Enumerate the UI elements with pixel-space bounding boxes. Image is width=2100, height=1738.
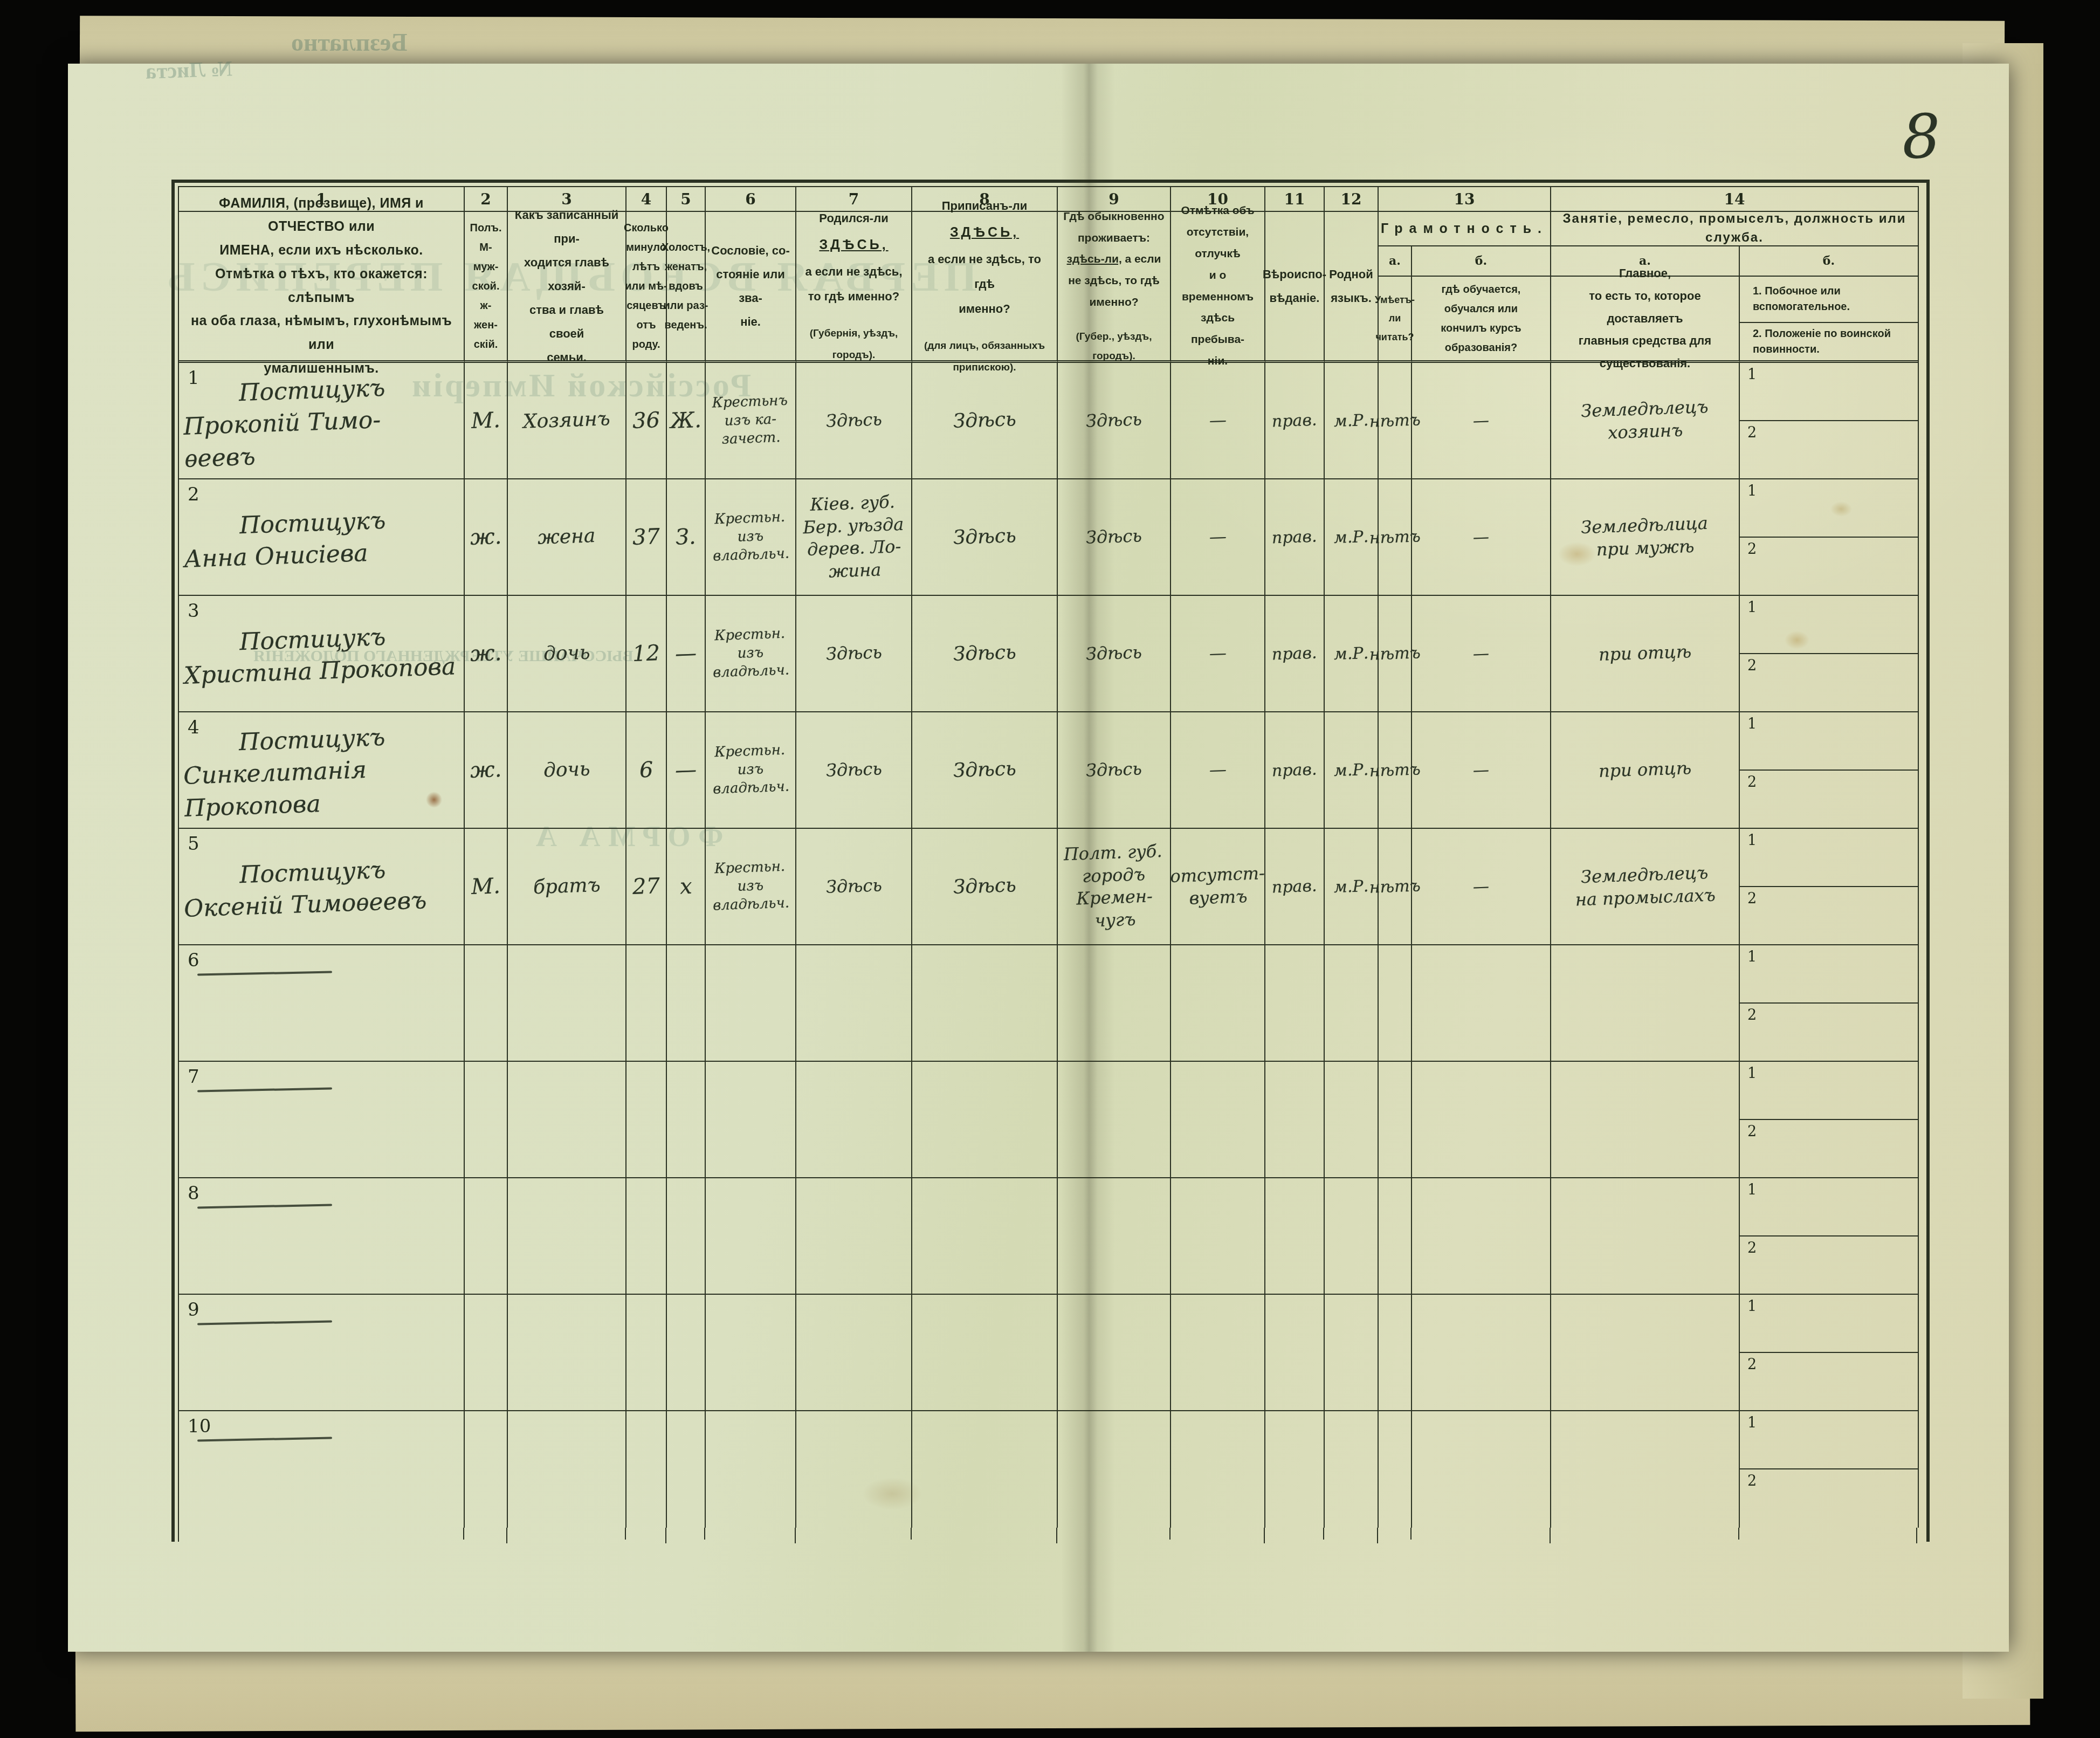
header-text: а если не здѣсь, то гдѣ именно? [805, 259, 902, 309]
row-2-absence: — [1171, 479, 1265, 596]
page-number: 8 [1901, 98, 1941, 177]
row-8-sex [465, 1178, 508, 1295]
row-10-side-occupation-1: 1 [1740, 1411, 1918, 1469]
column-line-tail [665, 1528, 666, 1543]
header-text: Родился-ли [819, 211, 888, 225]
marital-entry: Ж. [670, 406, 701, 435]
row-8-side-occupation-2: 2 [1740, 1236, 1918, 1295]
row-7-relation [508, 1062, 626, 1178]
row-9-estate [706, 1295, 796, 1411]
row-7-marital [667, 1062, 706, 1178]
row-7-age [626, 1062, 667, 1178]
col-header-military: 2. Положеніе по воинской повинности. [1740, 323, 1918, 363]
row-6-religion [1265, 945, 1325, 1062]
sub-row-label: 1 [1740, 712, 1757, 732]
row-7-absence [1171, 1062, 1265, 1178]
scanned-census-page: Безплатно№ ЛистаПЕРВАЯ ВСЕОБЩАЯ ПЕРЕПИСЬ… [0, 0, 2100, 1738]
name-entry: Постицукъ Оксеній Тимоѳеевъ [170, 848, 472, 925]
col-number-6: 6 [706, 187, 796, 212]
row-3-sex: ж. [465, 596, 508, 712]
relation-entry: Хозяинъ [522, 407, 610, 435]
row-9-reads [1379, 1295, 1412, 1411]
row-4-age: 6 [626, 712, 667, 829]
row-2-side-occupation-2: 2 [1740, 538, 1918, 596]
row-9-side-occupation-2: 2 [1740, 1353, 1918, 1411]
col-header-registration: Приписанъ-ли ЗДѢСЬ, а если не здѣсь, то … [912, 212, 1058, 363]
sub-row-label: 2 [1740, 1236, 1757, 1256]
row-6-side-occupation-2: 2 [1740, 1004, 1918, 1062]
row-8-born [796, 1178, 912, 1295]
sex-entry: ж. [470, 523, 502, 552]
estate-entry: Крестьн. изъ владѣльч. [711, 741, 789, 799]
educated-entry: — [1472, 410, 1489, 431]
bleedthrough-text: Безплатно [291, 28, 408, 57]
col-header-occupation-side: 1. Побочное или вспомогательное. [1740, 277, 1918, 323]
educated-entry: — [1472, 759, 1489, 781]
column-line-tail [704, 1528, 705, 1540]
religion-entry: прав. [1272, 642, 1318, 665]
row-10-language [1325, 1411, 1379, 1528]
age-entry: 27 [632, 872, 660, 901]
pen-strike [197, 1320, 332, 1325]
row-number: 2 [188, 484, 199, 505]
col-number-14: 14 [1551, 187, 1918, 212]
row-2-resides: Здѣсь [1058, 479, 1171, 596]
row-6-reads [1379, 945, 1412, 1062]
header-note: (Губернія, уѣздъ, городъ). [801, 323, 907, 366]
row-6-registered [912, 945, 1058, 1062]
sex-entry: М. [471, 872, 500, 901]
marital-entry: — [674, 639, 697, 668]
religion-entry: прав. [1272, 409, 1318, 432]
row-5-educated: — [1412, 829, 1551, 945]
row-1-registered: Здѣсь [912, 363, 1058, 479]
resides-entry: Полт. губ. городъ Кремен- чугъ [1063, 840, 1165, 933]
row-9-relation [508, 1295, 626, 1411]
row-8-estate [706, 1178, 796, 1295]
col-header-reads: Умѣетъ- ли читать? [1379, 277, 1412, 363]
religion-entry: прав. [1272, 759, 1318, 781]
col-header-estate: Сословіе, со- стояніе или зва- ніе. [706, 212, 796, 363]
row-6-educated [1412, 945, 1551, 1062]
census-table: 1 2 3 4 5 6 7 8 9 10 11 12 13 14 ФАМИЛІЯ… [178, 186, 1919, 1528]
name-entry [171, 996, 471, 1009]
sub-row-label: 2 [1740, 771, 1757, 791]
header-text: а если не здѣсь, то гдѣ именно? [917, 247, 1052, 322]
language-entry: м.Р. [1333, 526, 1368, 548]
row-number: 3 [188, 600, 199, 622]
col-number-4: 4 [626, 187, 667, 212]
resides-entry: Здѣсь [1085, 525, 1142, 549]
column-line-tail [1377, 1528, 1378, 1543]
sub-row-label: 1 [1740, 1178, 1757, 1198]
estate-entry: Крестьнъ изъ ка- зачест. [712, 392, 789, 449]
row-2-sex: ж. [465, 479, 508, 596]
name-entry: Постицукъ Христина Прокопова [170, 615, 472, 692]
row-1-born: Здѣсь [796, 363, 912, 479]
sub-row-label: 1 [1740, 1295, 1757, 1315]
row-3-relation: дочь [508, 596, 626, 712]
row-7-side-occupation-1: 1 [1740, 1062, 1918, 1120]
row-1-age: 36 [626, 363, 667, 479]
row-8-religion [1265, 1178, 1325, 1295]
relation-entry: дочь [543, 757, 590, 784]
row-5-registered: Здѣсь [912, 829, 1058, 945]
row-5-resides: Полт. губ. городъ Кремен- чугъ [1058, 829, 1171, 945]
row-1-marital: Ж. [667, 363, 706, 479]
row-1-side-occupation-1: 1 [1740, 363, 1918, 421]
row-7-sex [465, 1062, 508, 1178]
row-8-reads [1379, 1178, 1412, 1295]
row-9-sex [465, 1295, 508, 1411]
religion-entry: прав. [1272, 875, 1318, 898]
header-emphasis: ЗДѢСЬ, [819, 237, 888, 252]
age-entry: 36 [632, 406, 660, 435]
row-9-absence [1171, 1295, 1265, 1411]
row-10-born [796, 1411, 912, 1528]
educated-entry: — [1472, 643, 1489, 664]
row-3-marital: — [667, 596, 706, 712]
row-7-born [796, 1062, 912, 1178]
row-8-relation [508, 1178, 626, 1295]
column-line-tail [1264, 1528, 1265, 1543]
col-number-12: 12 [1325, 187, 1379, 212]
row-9-language [1325, 1295, 1379, 1411]
name-entry [171, 1462, 471, 1476]
absence-entry: отсутст- вуетъ [1169, 862, 1265, 910]
row-10-educated [1412, 1411, 1551, 1528]
col-header-education: гдѣ обучается, обучался или кончилъ курс… [1412, 277, 1551, 363]
column-line-tail [1550, 1528, 1551, 1543]
marital-entry: — [674, 755, 697, 784]
row-10-occupation [1551, 1411, 1740, 1528]
row-1-absence: — [1171, 363, 1265, 479]
absence-entry: — [1209, 759, 1227, 782]
registered-entry: Здѣсь [953, 757, 1016, 784]
sub-row-label: 2 [1740, 1004, 1757, 1023]
literacy-b-label: б. [1412, 246, 1551, 277]
occupation-entry: Земледѣлецъ хозяинъ [1581, 396, 1710, 445]
row-3-occupation: при отцѣ [1551, 596, 1740, 712]
row-8-absence [1171, 1178, 1265, 1295]
col-header-surname: ФАМИЛІЯ, (прозвище), ИМЯ и ОТЧЕСТВО или … [179, 212, 465, 363]
row-3-resides: Здѣсь [1058, 596, 1171, 712]
occupation-entry: при отцѣ [1598, 641, 1691, 667]
sub-row-label: 1 [1740, 829, 1757, 849]
born-entry: Здѣсь [825, 641, 882, 665]
row-9-name: 9 [179, 1295, 465, 1411]
sub-row-label: 2 [1740, 421, 1757, 441]
row-6-absence [1171, 945, 1265, 1062]
row-2-age: 37 [626, 479, 667, 596]
row-8-side-occupation-1: 1 [1740, 1178, 1918, 1236]
column-line-tail [506, 1528, 507, 1543]
row-7-resides [1058, 1062, 1171, 1178]
row-9-born [796, 1295, 912, 1411]
estate-entry: Крестьн. изъ владѣльч. [711, 858, 789, 915]
name-entry: Постицукъ Прокопій Тимо- ѳеевъ [170, 366, 473, 475]
sub-row-label: 1 [1740, 1411, 1757, 1431]
col-number-2: 2 [465, 187, 508, 212]
row-8-occupation [1551, 1178, 1740, 1295]
name-entry [171, 1112, 471, 1126]
row-3-side-occupation-2: 2 [1740, 654, 1918, 712]
age-entry: 6 [639, 756, 653, 785]
row-3-side-occupation-1: 1 [1740, 596, 1918, 654]
sub-row-label: 2 [1740, 538, 1757, 558]
row-10-relation [508, 1411, 626, 1528]
row-6-language [1325, 945, 1379, 1062]
row-6-sex [465, 945, 508, 1062]
born-entry: Здѣсь [825, 408, 882, 432]
header-emphasis: ЗДѢСЬ, [950, 225, 1019, 240]
sub-row-label: 1 [1740, 363, 1757, 383]
row-10-marital [667, 1411, 706, 1528]
relation-entry: братъ [533, 873, 601, 900]
row-7-reads [1379, 1062, 1412, 1178]
column-line-tail [625, 1528, 626, 1540]
language-entry: м.Р. [1333, 875, 1368, 897]
row-number: 9 [188, 1299, 199, 1321]
col-header-birthplace: Родился-ли ЗДѢСЬ, а если не здѣсь, то гд… [796, 212, 912, 363]
sub-row-label: 2 [1740, 887, 1757, 907]
row-5-side-occupation-1: 1 [1740, 829, 1918, 887]
born-entry: Здѣсь [825, 758, 882, 782]
age-entry: 37 [632, 523, 660, 552]
header-note: (Губер., уѣздъ, городъ). [1062, 327, 1166, 366]
row-9-occupation [1551, 1295, 1740, 1411]
col-header-residence: Гдѣ обыкновенно проживаетъ: здѣсь-ли, а … [1058, 212, 1171, 363]
row-9-educated [1412, 1295, 1551, 1411]
row-4-sex: ж. [465, 712, 508, 829]
row-7-registered [912, 1062, 1058, 1178]
row-6-estate [706, 945, 796, 1062]
header-text: Приписанъ-ли [942, 199, 1027, 212]
row-1-educated: — [1412, 363, 1551, 479]
row-10-estate [706, 1411, 796, 1528]
row-7-religion [1265, 1062, 1325, 1178]
row-2-registered: Здѣсь [912, 479, 1058, 596]
row-5-name: 5Постицукъ Оксеній Тимоѳеевъ [179, 829, 465, 945]
col-number-11: 11 [1265, 187, 1325, 212]
educated-entry: — [1472, 526, 1489, 548]
resides-entry: Здѣсь [1085, 758, 1142, 782]
row-4-relation: дочь [508, 712, 626, 829]
row-10-registered [912, 1411, 1058, 1528]
sex-entry: М. [471, 406, 500, 435]
row-1-religion: прав. [1265, 363, 1325, 479]
col-header-marital: Холостъ, женатъ, вдовъ или раз- веденъ. [667, 212, 706, 363]
marital-entry: х [679, 873, 692, 901]
row-9-resides [1058, 1295, 1171, 1411]
occupation-entry: Земледѣлецъ на промыслахъ [1574, 862, 1716, 911]
row-10-name: 10 [179, 1411, 465, 1528]
row-2-reads: нѣтъ [1379, 479, 1412, 596]
row-3-registered: Здѣсь [912, 596, 1058, 712]
row-9-marital [667, 1295, 706, 1411]
row-1-side-occupation-2: 2 [1740, 421, 1918, 479]
sub-row-label: 2 [1740, 1469, 1757, 1489]
sub-row-label: 1 [1740, 479, 1757, 499]
sub-row-label: 2 [1740, 1120, 1757, 1140]
row-5-occupation: Земледѣлецъ на промыслахъ [1551, 829, 1740, 945]
resides-entry: Здѣсь [1085, 641, 1142, 665]
col-header-occupation-main: Главное, то есть то, которое доставляетъ… [1551, 277, 1740, 363]
row-3-estate: Крестьн. изъ владѣльч. [706, 596, 796, 712]
row-3-educated: — [1412, 596, 1551, 712]
sub-row-label: 1 [1740, 1062, 1757, 1082]
row-1-reads: нѣтъ [1379, 363, 1412, 479]
header-text: а если [1122, 253, 1161, 265]
absence-entry: — [1209, 409, 1227, 432]
pen-strike [197, 1437, 332, 1441]
row-2-marital: З. [667, 479, 706, 596]
row-2-side-occupation-1: 1 [1740, 479, 1918, 538]
marital-entry: З. [675, 523, 696, 551]
row-4-absence: — [1171, 712, 1265, 829]
row-number: 8 [188, 1183, 199, 1204]
col-number-5: 5 [667, 187, 706, 212]
sub-row-label: 2 [1740, 654, 1757, 674]
row-7-estate [706, 1062, 796, 1178]
row-6-side-occupation-1: 1 [1740, 945, 1918, 1004]
registered-entry: Здѣсь [953, 640, 1016, 668]
relation-entry: дочь [543, 640, 590, 667]
row-10-resides [1058, 1411, 1171, 1528]
row-10-religion [1265, 1411, 1325, 1528]
row-number: 5 [188, 833, 199, 855]
row-2-educated: — [1412, 479, 1551, 596]
row-8-language [1325, 1178, 1379, 1295]
column-line-tail [1738, 1528, 1739, 1540]
row-6-resides [1058, 945, 1171, 1062]
registered-entry: Здѣсь [953, 407, 1016, 435]
row-6-occupation [1551, 945, 1740, 1062]
occupation-entry: Земледѣлица при мужѣ [1581, 512, 1709, 561]
resides-entry: Здѣсь [1085, 408, 1142, 432]
row-number: 7 [188, 1066, 199, 1088]
row-4-estate: Крестьн. изъ владѣльч. [706, 712, 796, 829]
row-5-marital: х [667, 829, 706, 945]
pen-strike [197, 971, 332, 976]
header-text: Гдѣ обыкновенно проживаетъ: [1063, 206, 1164, 249]
pen-strike [197, 1087, 332, 1092]
col-header-absence: Отмѣтка объ отсутствіи, отлучкѣ и о врем… [1171, 212, 1265, 363]
row-8-age [626, 1178, 667, 1295]
column-line-tail [1410, 1528, 1412, 1540]
sex-entry: ж. [470, 755, 502, 785]
row-10-reads [1379, 1411, 1412, 1528]
row-1-name: 1Постицукъ Прокопій Тимо- ѳеевъ [179, 363, 465, 479]
sub-row-label: 1 [1740, 596, 1757, 616]
row-8-marital [667, 1178, 706, 1295]
row-9-religion [1265, 1295, 1325, 1411]
row-4-reads: нѣтъ [1379, 712, 1412, 829]
row-5-side-occupation-2: 2 [1740, 887, 1918, 945]
col-header-sex: Полъ. М-муж- ской. ж-жен- скій. [465, 212, 508, 363]
row-8-name: 8 [179, 1178, 465, 1295]
literacy-a-label: а. [1379, 246, 1412, 277]
column-line-tail [1323, 1528, 1324, 1540]
column-line-tail [1169, 1528, 1171, 1540]
estate-entry: Крестьн. изъ владѣльч. [711, 509, 789, 566]
row-5-religion: прав. [1265, 829, 1325, 945]
educated-entry: — [1472, 876, 1489, 897]
row-5-sex: М. [465, 829, 508, 945]
registered-entry: Здѣсь [953, 873, 1016, 901]
row-2-born: Кіев. губ. Бер. уѣзда дерев. Ло- жина [796, 479, 912, 596]
row-3-reads: нѣтъ [1379, 596, 1412, 712]
row-4-born: Здѣсь [796, 712, 912, 829]
row-3-name: 3Постицукъ Христина Прокопова [179, 596, 465, 712]
row-5-estate: Крестьн. изъ владѣльч. [706, 829, 796, 945]
row-8-registered [912, 1178, 1058, 1295]
row-4-marital: — [667, 712, 706, 829]
occupation-b-label: б. [1740, 246, 1918, 277]
relation-entry: жена [538, 524, 596, 551]
row-4-side-occupation-1: 1 [1740, 712, 1918, 771]
row-4-religion: прав. [1265, 712, 1325, 829]
row-2-relation: жена [508, 479, 626, 596]
name-entry: Постицукъ Анна Онисіева [170, 498, 472, 576]
row-1-estate: Крестьнъ изъ ка- зачест. [706, 363, 796, 479]
sub-row-label: 1 [1740, 945, 1757, 965]
header-emphasis: здѣсь-ли, [1067, 253, 1122, 265]
born-entry: Кіев. губ. Бер. уѣзда дерев. Ло- жина [802, 491, 906, 584]
col-number-13: 13 [1379, 187, 1551, 212]
occupation-entry: при отцѣ [1598, 757, 1691, 783]
row-7-name: 7 [179, 1062, 465, 1178]
row-1-occupation: Земледѣлецъ хозяинъ [1551, 363, 1740, 479]
col-header-religion: Вѣроиспо- вѣданіе. [1265, 212, 1325, 363]
row-number: 10 [188, 1416, 211, 1437]
row-5-absence: отсутст- вуетъ [1171, 829, 1265, 945]
row-6-marital [667, 945, 706, 1062]
row-10-side-occupation-2: 2 [1740, 1469, 1918, 1528]
row-4-resides: Здѣсь [1058, 712, 1171, 829]
col-header-occupation-title: Занятіе, ремесло, промыселъ, должность и… [1551, 212, 1918, 246]
language-entry: м.Р. [1333, 642, 1368, 664]
row-10-sex [465, 1411, 508, 1528]
row-1-sex: М. [465, 363, 508, 479]
column-line-tail [795, 1528, 796, 1543]
row-10-age [626, 1411, 667, 1528]
estate-entry: Крестьн. изъ владѣльч. [711, 625, 789, 682]
row-9-registered [912, 1295, 1058, 1411]
row-2-estate: Крестьн. изъ владѣльч. [706, 479, 796, 596]
col-header-age: Сколько минуло лѣтъ или мѣ- сяцевъ отъ р… [626, 212, 667, 363]
row-3-born: Здѣсь [796, 596, 912, 712]
header-text: не здѣсь, то гдѣ именно? [1068, 270, 1160, 313]
row-3-age: 12 [626, 596, 667, 712]
col-header-relation: Какъ записанный при- ходится главѣ хозяй… [508, 212, 626, 363]
column-line-tail [1916, 1528, 1917, 1543]
born-entry: Здѣсь [825, 874, 882, 898]
pen-strike [197, 1204, 332, 1208]
row-6-born [796, 945, 912, 1062]
row-7-side-occupation-2: 2 [1740, 1120, 1918, 1178]
name-entry [171, 1345, 471, 1359]
row-2-religion: прав. [1265, 479, 1325, 596]
row-1-resides: Здѣсь [1058, 363, 1171, 479]
column-line-tail [178, 1528, 179, 1542]
row-4-educated: — [1412, 712, 1551, 829]
age-entry: 12 [632, 639, 660, 668]
row-9-side-occupation-1: 1 [1740, 1295, 1918, 1353]
registered-entry: Здѣсь [953, 524, 1016, 551]
row-3-religion: прав. [1265, 596, 1325, 712]
language-entry: м.Р. [1333, 759, 1368, 781]
